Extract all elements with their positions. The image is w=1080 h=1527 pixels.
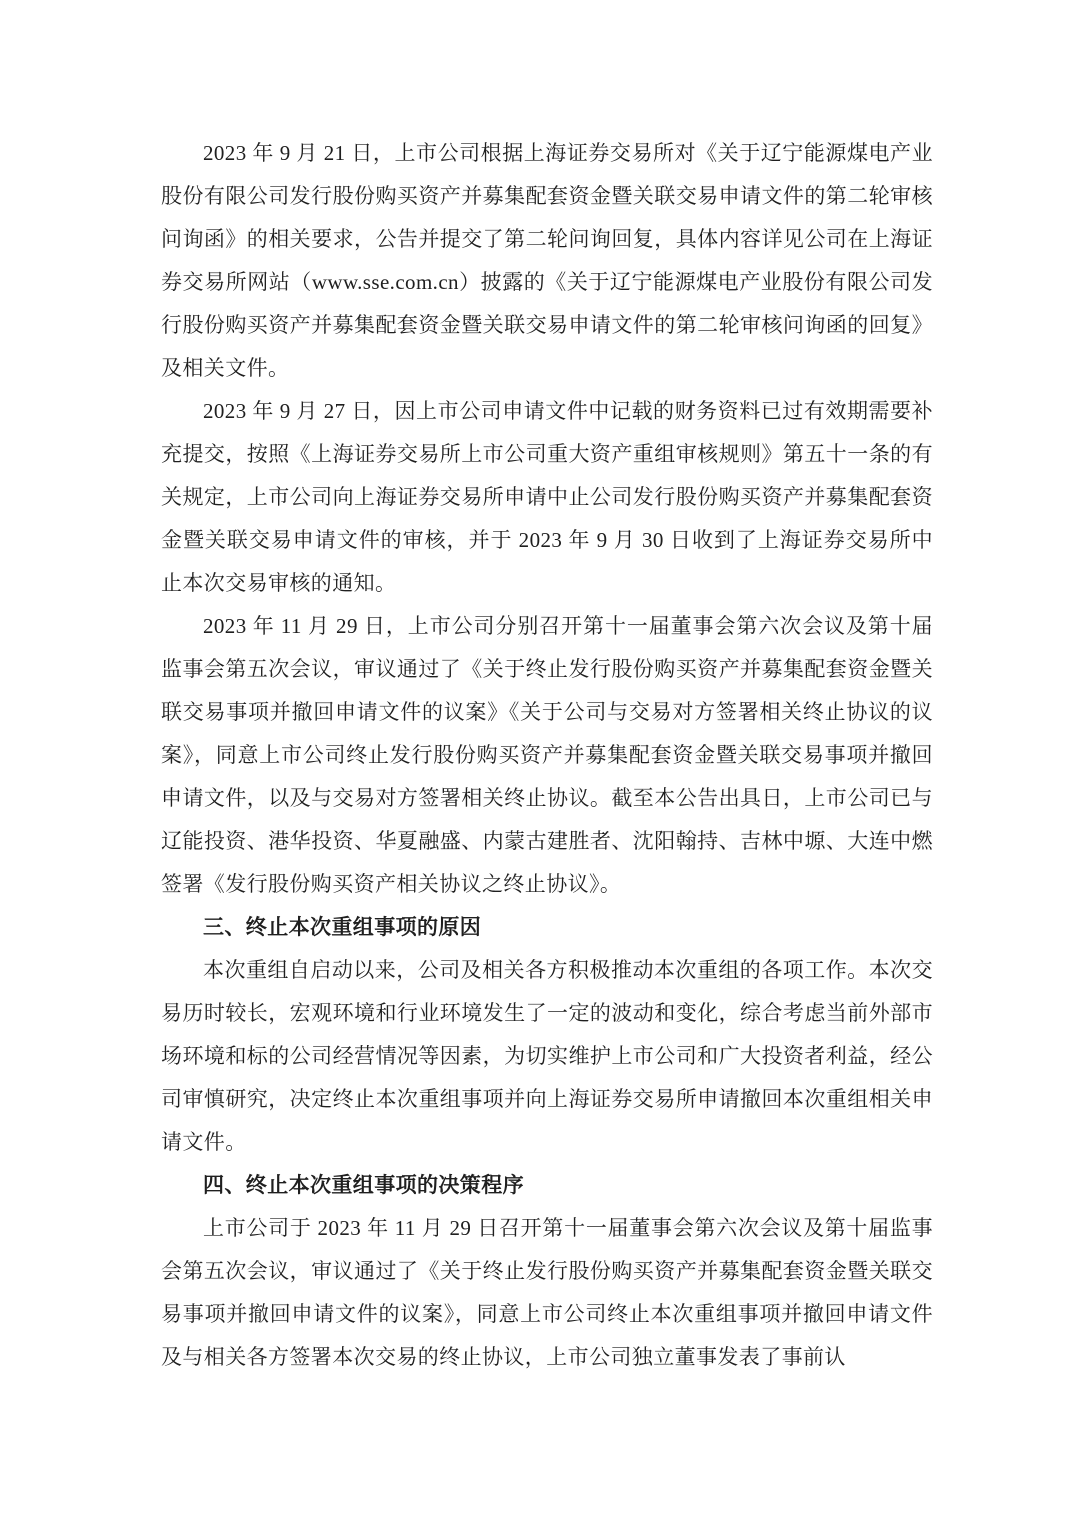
paragraph-decision-procedure: 上市公司于 2023 年 11 月 29 日召开第十一届董事会第六次会议及第十届… [161, 1207, 933, 1379]
paragraph-second-inquiry-reply: 2023 年 9 月 21 日，上市公司根据上海证券交易所对《关于辽宁能源煤电产… [161, 132, 933, 390]
section-heading-termination-reasons: 三、终止本次重组事项的原因 [161, 906, 933, 949]
paragraph-termination-reasons: 本次重组自启动以来，公司及相关各方积极推动本次重组的各项工作。本次交易历时较长，… [161, 949, 933, 1164]
paragraph-board-termination-resolutions: 2023 年 11 月 29 日，上市公司分别召开第十一届董事会第六次会议及第十… [161, 605, 933, 906]
paragraph-suspension-of-review: 2023 年 9 月 27 日，因上市公司申请文件中记载的财务资料已过有效期需要… [161, 390, 933, 605]
section-heading-decision-procedure: 四、终止本次重组事项的决策程序 [161, 1164, 933, 1207]
document-page: 2023 年 9 月 21 日，上市公司根据上海证券交易所对《关于辽宁能源煤电产… [0, 0, 1080, 1527]
